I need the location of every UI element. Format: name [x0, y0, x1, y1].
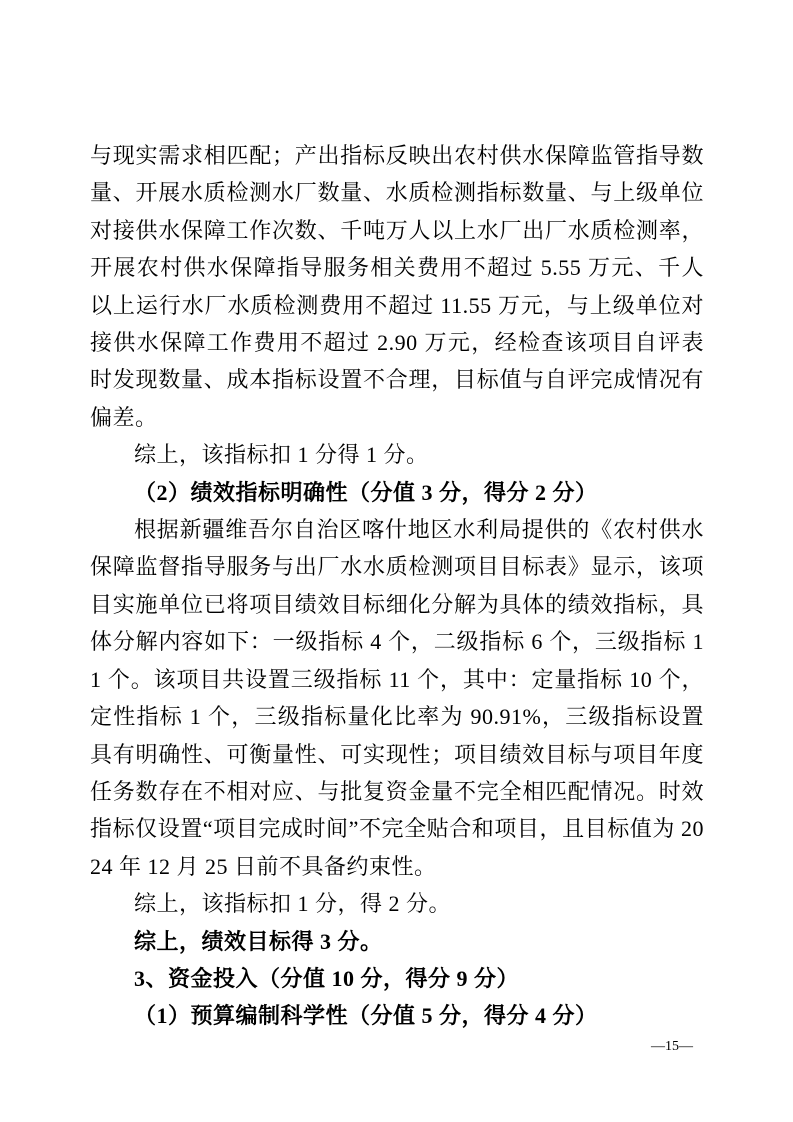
heading-performance-target-score: 综上，绩效目标得 3 分。: [90, 923, 704, 960]
paragraph-indicator-clarity-detail: 根据新疆维吾尔自治区喀什地区水利局提供的《农村供水保障监督指导服务与出厂水水质检…: [90, 511, 704, 885]
document-body: 与现实需求相匹配；产出指标反映出农村供水保障监管指导数量、开展水质检测水厂数量、…: [90, 137, 704, 1035]
heading-budget-preparation: （1）预算编制科学性（分值 5 分，得分 4 分）: [90, 997, 704, 1034]
paragraph-indicator-findings-continued: 与现实需求相匹配；产出指标反映出农村供水保障监管指导数量、开展水质检测水厂数量、…: [90, 137, 704, 436]
heading-indicator-clarity: （2）绩效指标明确性（分值 3 分，得分 2 分）: [90, 474, 704, 511]
document-page: 与现实需求相匹配；产出指标反映出农村供水保障监管指导数量、开展水质检测水厂数量、…: [0, 0, 793, 1122]
heading-capital-investment: 3、资金投入（分值 10 分，得分 9 分）: [90, 960, 704, 997]
paragraph-score-summary-2: 综上，该指标扣 1 分，得 2 分。: [90, 885, 704, 922]
paragraph-score-summary-1: 综上，该指标扣 1 分得 1 分。: [90, 436, 704, 473]
page-number: —15—: [651, 1038, 693, 1056]
